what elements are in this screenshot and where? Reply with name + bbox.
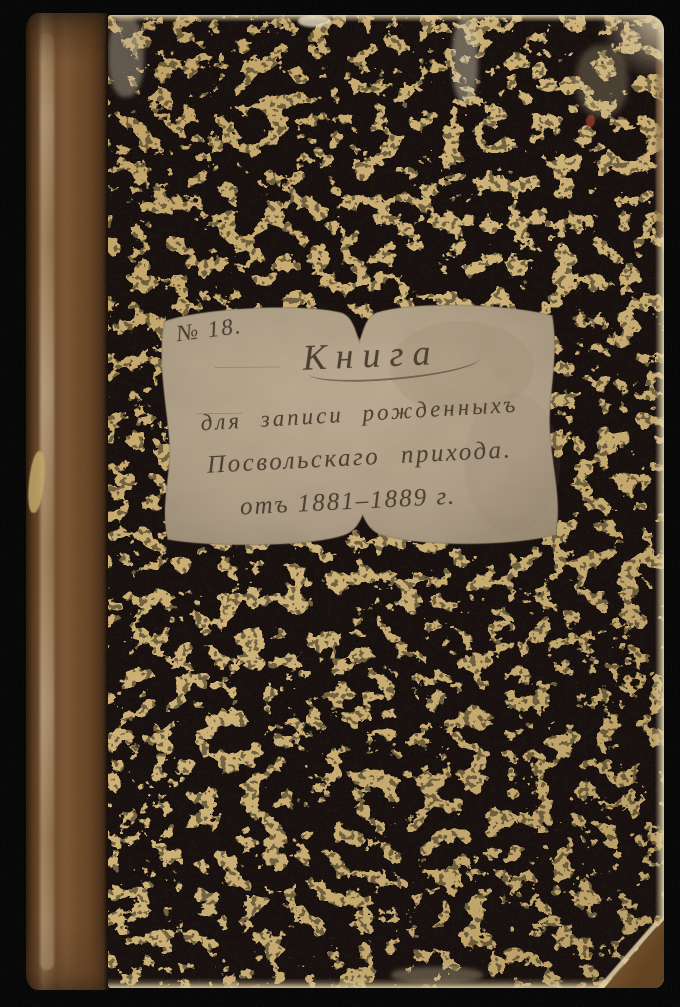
book-spine [26,13,110,990]
photo-stage: № 18. Книга для записи рожденныхъ Посвол… [0,0,680,1007]
wear-patch [298,15,330,27]
paper-title-label: № 18. Книга для записи рожденныхъ Посвол… [156,303,563,550]
wear-patch [108,15,144,97]
front-board: № 18. Книга для записи рожденныхъ Посвол… [108,15,664,988]
wear-patch [391,967,483,983]
edge-abrasion-streak [656,61,663,236]
wear-patch [452,17,478,103]
spine-wear-streak [40,33,53,971]
wear-patch [576,45,628,117]
